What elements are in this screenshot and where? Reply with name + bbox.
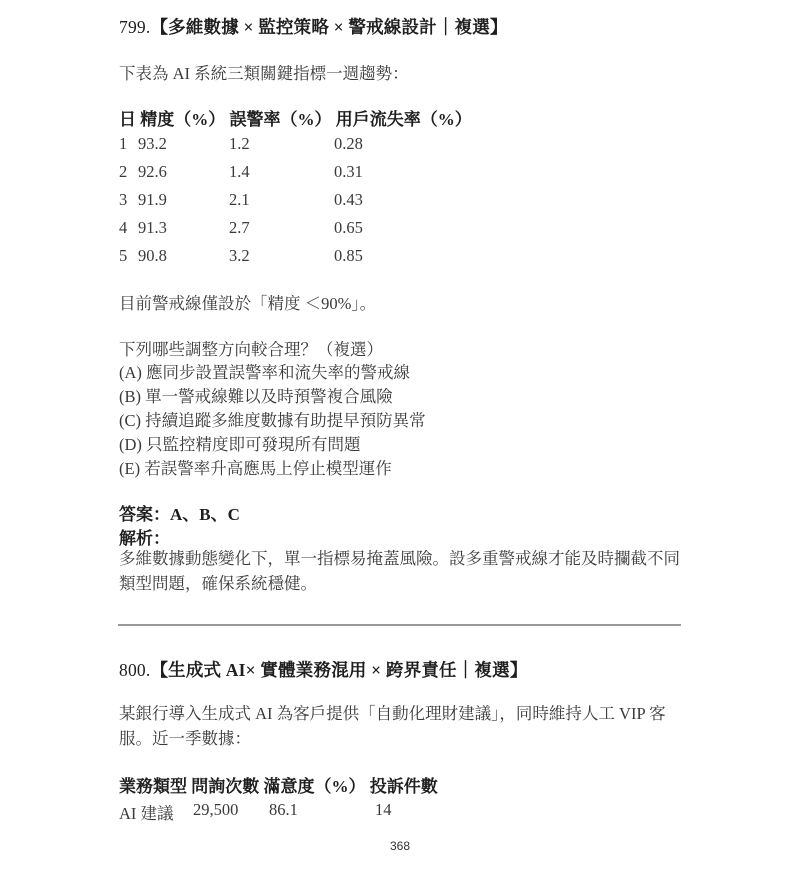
cell-business-type: AI 建議 [119, 800, 174, 824]
section-divider [118, 624, 681, 626]
question-800-title: 800.【生成式 AI× 實體業務混用 × 跨界責任｜複選】 [119, 657, 528, 682]
cell-day: 3 [119, 190, 127, 210]
cell-churn: 0.85 [334, 246, 363, 266]
cell-churn: 0.31 [334, 162, 363, 182]
cell-accuracy: 91.9 [138, 190, 167, 210]
page-number: 368 [0, 839, 800, 853]
header-accuracy: 精度（%） [140, 110, 225, 129]
header-day: 日 [119, 110, 136, 129]
cell-day: 1 [119, 134, 127, 154]
answer: 答案：A、B、C [119, 500, 240, 525]
cell-day: 5 [119, 246, 127, 266]
header-business-type: 業務類型 [119, 777, 187, 796]
question-number: 799. [119, 17, 150, 37]
alert-threshold-note: 目前警戒線僅設於「精度 ＜90%」。 [119, 290, 376, 314]
cell-false-alarm: 1.4 [229, 162, 250, 182]
question-799-title: 799.【多維數據 × 監控策略 × 警戒線設計｜複選】 [119, 14, 508, 39]
option-e: (E) 若誤警率升高應馬上停止模型運作 [119, 455, 392, 479]
question-heading: 【生成式 AI× 實體業務混用 × 跨界責任｜複選】 [150, 660, 527, 680]
option-b: (B) 單一警戒線難以及時預警複合風險 [119, 383, 393, 407]
metrics-table-header: 日 精度（%） 誤警率（%） 用戶流失率（%） [119, 105, 472, 130]
question-prompt: 下列哪些調整方向較合理？（複選） [119, 336, 383, 360]
cell-day: 2 [119, 162, 127, 182]
header-satisfaction: 滿意度（%） [264, 777, 366, 796]
cell-false-alarm: 2.7 [229, 218, 250, 238]
cell-churn: 0.65 [334, 218, 363, 238]
cell-false-alarm: 3.2 [229, 246, 250, 266]
header-complaints: 投訴件數 [370, 777, 438, 796]
analysis-text: 多維數據動態變化下，單一指標易掩蓋風險。設多重警戒線才能及時攔截不同類型問題，確… [119, 546, 684, 596]
question-799-intro: 下表為 AI 系統三類關鍵指標一週趨勢： [119, 60, 409, 84]
cell-accuracy: 91.3 [138, 218, 167, 238]
cell-false-alarm: 2.1 [229, 190, 250, 210]
cell-satisfaction: 86.1 [269, 800, 298, 820]
question-800-intro: 某銀行導入生成式 AI 為客戶提供「自動化理財建議」，同時維持人工 VIP 客服… [119, 701, 684, 751]
header-false-alarm: 誤警率（%） [230, 110, 332, 129]
business-table-header: 業務類型 問詢次數 滿意度（%） 投訴件數 [119, 772, 438, 797]
question-number: 800. [119, 660, 150, 680]
cell-churn: 0.43 [334, 190, 363, 210]
option-d: (D) 只監控精度即可發現所有問題 [119, 431, 361, 455]
cell-false-alarm: 1.2 [229, 134, 250, 154]
cell-inquiries: 29,500 [193, 800, 238, 820]
question-heading: 【多維數據 × 監控策略 × 警戒線設計｜複選】 [150, 17, 507, 37]
option-a: (A) 應同步設置誤警率和流失率的警戒線 [119, 359, 410, 383]
option-c: (C) 持續追蹤多維度數據有助提早預防異常 [119, 407, 426, 431]
cell-day: 4 [119, 218, 127, 238]
cell-churn: 0.28 [334, 134, 363, 154]
cell-accuracy: 92.6 [138, 162, 167, 182]
cell-accuracy: 90.8 [138, 246, 167, 266]
header-churn: 用戶流失率（%） [336, 110, 472, 129]
header-inquiries: 問詢次數 [191, 777, 259, 796]
cell-accuracy: 93.2 [138, 134, 167, 154]
cell-complaints: 14 [375, 800, 392, 820]
